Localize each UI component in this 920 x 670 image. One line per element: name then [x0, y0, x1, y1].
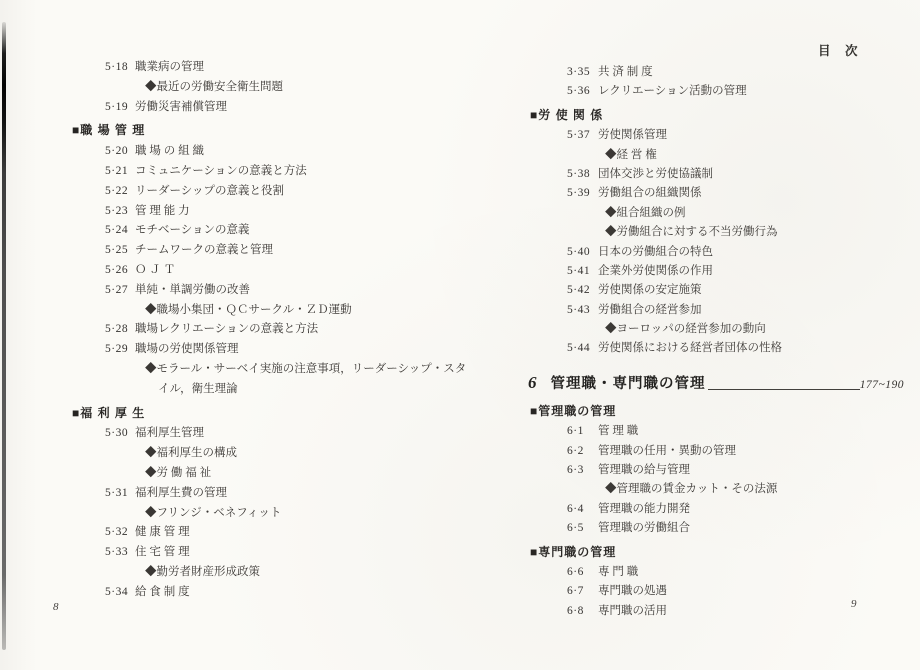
left-page: 5·18職業病の管理◆最近の労働安全衛生問題5·19労働災害補償管理■職 場 管…	[72, 58, 474, 603]
toc-entry-title: 管 理 職	[598, 425, 638, 437]
chapter-heading: 6管理職・専門職の管理177~190	[530, 371, 904, 395]
toc-sub-entry: ◆勤労者財産形成政策	[72, 563, 474, 583]
toc-entry-number: 3·35	[567, 63, 598, 82]
toc-entry: 5·20職 場 の 組 織	[72, 142, 474, 162]
chapter-page-range: 177~190	[860, 373, 904, 397]
toc-entry: 5·21コミュニケーションの意義と方法	[72, 162, 474, 182]
toc-entry-number: 6·7	[567, 582, 598, 601]
toc-entry-number: 5·30	[105, 424, 135, 444]
toc-entry-number: 5·43	[567, 301, 598, 320]
toc-entry-number: 5·41	[567, 262, 598, 281]
toc-entry: 6·5管理職の労働組合	[530, 519, 904, 538]
toc-entry-number: 5·37	[567, 126, 598, 145]
toc-entry-title: 職業病の管理	[135, 61, 204, 73]
toc-entry: 5·39労働組合の組織関係	[530, 184, 904, 203]
toc-entry-title: モチベーションの意義	[135, 224, 250, 236]
toc-entry-number: 5·24	[105, 221, 135, 241]
toc-entry-number: 6·3	[567, 461, 598, 480]
toc-sub-entry: ◆労 働 福 祉	[72, 464, 474, 484]
toc-entry-title: 専門職の活用	[598, 605, 667, 617]
toc-entry-number: 5·38	[567, 165, 598, 184]
toc-entry-number: 6·8	[567, 602, 598, 621]
toc-page-header: 目 次	[818, 41, 859, 59]
toc-entry-number: 5·23	[105, 202, 135, 222]
toc-entry: 5·22リーダーシップの意義と役割	[72, 182, 474, 202]
toc-entry: 5·25チームワークの意義と管理	[72, 241, 474, 261]
toc-entry-title: 共 済 制 度	[598, 66, 653, 78]
toc-entry: 5·40日本の労働組合の特色	[530, 243, 904, 262]
toc-entry: 5·36レクリエーション活動の管理	[530, 82, 904, 101]
toc-entry-title: 労使関係における経営者団体の性格	[598, 342, 782, 354]
toc-entry-number: 5·28	[105, 320, 135, 340]
toc-entry-title: 職場レクリエーションの意義と方法	[135, 323, 318, 335]
toc-entry-number: 5·44	[567, 339, 598, 358]
toc-sub-entry: ◆最近の労働安全衛生問題	[72, 78, 474, 98]
toc-sub-entry: ◆管理職の賃金カット・その法源	[530, 480, 904, 499]
toc-entry-title: 管 理 能 力	[135, 205, 190, 217]
toc-entry: 5·38団体交渉と労使協議制	[530, 165, 904, 184]
toc-entry-title: 住 宅 管 理	[135, 546, 190, 558]
toc-section-header: ■労 使 関 係	[530, 106, 904, 125]
toc-entry-number: 5·22	[105, 182, 135, 202]
toc-entry-title: 健 康 管 理	[135, 526, 190, 538]
toc-entry-title: 団体交渉と労使協議制	[598, 168, 713, 180]
toc-entry: 3·35共 済 制 度	[530, 63, 904, 82]
toc-entry: 5·24モチベーションの意義	[72, 221, 474, 241]
toc-entry-title: 管理職の能力開発	[598, 503, 690, 515]
toc-entry-number: 5·27	[105, 281, 135, 301]
toc-sub-entry: ◆職場小集団・ＱＣサークル・ＺＤ運動	[72, 301, 474, 321]
toc-entry: 6·8専門職の活用	[530, 602, 904, 621]
toc-entry-number: 5·39	[567, 184, 598, 203]
toc-entry: 5·28職場レクリエーションの意義と方法	[72, 320, 474, 340]
toc-entry: 5·27単純・単調労働の改善	[72, 281, 474, 301]
toc-entry-number: 5·36	[567, 82, 598, 101]
toc-entry: 6·1管 理 職	[530, 422, 904, 441]
toc-sub-entry: ◆ヨーロッパの経営参加の動向	[530, 320, 904, 339]
toc-entry-number: 5·18	[105, 58, 135, 78]
toc-entry-title: 単純・単調労働の改善	[135, 284, 250, 296]
toc-entry-title: 職場の労使関係管理	[135, 343, 239, 355]
toc-entry: 5·30福利厚生管理	[72, 424, 474, 444]
toc-sub-entry: ◆組合組織の例	[530, 204, 904, 223]
toc-entry: 5·33住 宅 管 理	[72, 543, 474, 563]
toc-entry: 5·23管 理 能 力	[72, 202, 474, 222]
toc-entry-number: 6·4	[567, 500, 598, 519]
chapter-leader-line	[708, 389, 860, 390]
toc-entry-title: Ｏ Ｊ Ｔ	[135, 264, 175, 276]
toc-entry-number: 5·25	[105, 241, 135, 261]
toc-entry-title: リーダーシップの意義と役割	[135, 185, 284, 197]
toc-section-header: ■職 場 管 理	[72, 121, 474, 141]
toc-entry-title: コミュニケーションの意義と方法	[135, 165, 307, 177]
toc-entry: 5·18職業病の管理	[72, 58, 474, 78]
toc-entry: 6·2管理職の任用・異動の管理	[530, 442, 904, 461]
toc-entry-number: 5·34	[105, 583, 135, 603]
toc-entry-number: 5·31	[105, 484, 135, 504]
toc-entry-number: 6·5	[567, 519, 598, 538]
right-page: 3·35共 済 制 度5·36レクリエーション活動の管理■労 使 関 係5·37…	[530, 63, 904, 621]
toc-entry: 5·43労働組合の経営参加	[530, 301, 904, 320]
toc-entry-title: 管理職の労働組合	[598, 522, 690, 534]
toc-entry-number: 5·29	[105, 340, 135, 360]
toc-entry-number: 5·42	[567, 281, 598, 300]
toc-entry: 5·32健 康 管 理	[72, 523, 474, 543]
toc-entry-title: 給 食 制 度	[135, 586, 190, 598]
toc-entry-title: 労働組合の経営参加	[598, 304, 702, 316]
scan-gutter-edge	[2, 22, 6, 650]
toc-entry-title: 日本の労働組合の特色	[598, 246, 713, 258]
toc-entry-title: 職 場 の 組 織	[135, 145, 204, 157]
toc-entry: 5·42労使関係の安定施策	[530, 281, 904, 300]
toc-entry-title: 管理職の任用・異動の管理	[598, 445, 736, 457]
toc-entry-number: 5·26	[105, 261, 135, 281]
toc-sub-entry: ◆モラール・サーベイ実施の注意事項，リーダーシップ・スタ	[72, 360, 474, 380]
page-number-right: 9	[851, 598, 857, 610]
toc-sub-entry: ◆労働組合に対する不当労働行為	[530, 223, 904, 242]
toc-entry: 5·37労使関係管理	[530, 126, 904, 145]
toc-entry-title: 労働組合の組織関係	[598, 187, 702, 199]
toc-section-header: ■管理職の管理	[530, 402, 904, 421]
toc-entry: 5·34給 食 制 度	[72, 583, 474, 603]
toc-entry-number: 5·20	[105, 142, 135, 162]
toc-entry-title: 労使関係の安定施策	[598, 284, 702, 296]
chapter-number: 6	[528, 371, 537, 395]
toc-sub-entry: ◆経 営 権	[530, 146, 904, 165]
toc-entry-number: 5·33	[105, 543, 135, 563]
toc-entry-title: チームワークの意義と管理	[135, 244, 273, 256]
toc-entry: 6·4管理職の能力開発	[530, 500, 904, 519]
toc-entry: 5·29職場の労使関係管理	[72, 340, 474, 360]
toc-entry: 5·19労働災害補償管理	[72, 98, 474, 118]
toc-entry-number: 5·21	[105, 162, 135, 182]
toc-entry-number: 5·40	[567, 243, 598, 262]
toc-entry: 6·6専 門 職	[530, 563, 904, 582]
page-number-left: 8	[53, 601, 59, 613]
toc-entry-title: 労使関係管理	[598, 129, 667, 141]
toc-sub-entry: ◆フリンジ・ベネフィット	[72, 504, 474, 524]
chapter-title: 管理職・専門職の管理	[551, 372, 706, 396]
toc-entry: 6·3管理職の給与管理	[530, 461, 904, 480]
toc-entry-number: 6·1	[567, 422, 598, 441]
toc-entry: 5·41企業外労使関係の作用	[530, 262, 904, 281]
toc-sub-entry-continuation: イル，衛生理論	[72, 380, 474, 400]
toc-entry-number: 5·32	[105, 523, 135, 543]
toc-entry-title: レクリエーション活動の管理	[598, 85, 747, 97]
toc-entry-title: 企業外労使関係の作用	[598, 265, 713, 277]
toc-entry: 5·44労使関係における経営者団体の性格	[530, 339, 904, 358]
toc-entry-title: 専門職の処遇	[598, 585, 667, 597]
toc-entry: 6·7専門職の処遇	[530, 582, 904, 601]
toc-section-header: ■専門職の管理	[530, 543, 904, 562]
toc-entry-title: 管理職の給与管理	[598, 464, 690, 476]
toc-entry-number: 6·2	[567, 442, 598, 461]
toc-entry-title: 専 門 職	[598, 566, 638, 578]
toc-entry: 5·26Ｏ Ｊ Ｔ	[72, 261, 474, 281]
toc-entry: 5·31福利厚生費の管理	[72, 484, 474, 504]
toc-sub-entry: ◆福利厚生の構成	[72, 444, 474, 464]
toc-entry-number: 5·19	[105, 98, 135, 118]
toc-entry-title: 福利厚生費の管理	[135, 487, 227, 499]
toc-entry-title: 労働災害補償管理	[135, 101, 227, 113]
toc-entry-number: 6·6	[567, 563, 598, 582]
toc-section-header: ■福 利 厚 生	[72, 404, 474, 424]
toc-entry-title: 福利厚生管理	[135, 427, 204, 439]
